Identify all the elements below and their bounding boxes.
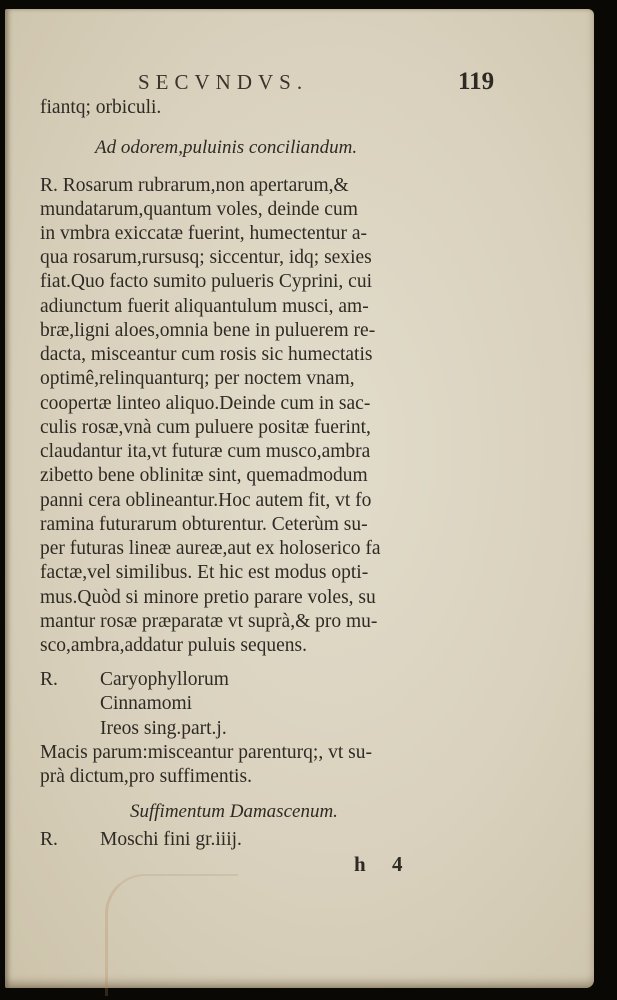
water-stain — [105, 874, 238, 996]
signature-number: 4 — [392, 852, 403, 877]
text-line: claudantur ita,vt futuræ cum musco,ambra — [40, 440, 370, 464]
signature-letter: h — [354, 852, 366, 877]
ingredient: Caryophyllorum — [100, 668, 229, 692]
section-heading: Ad odorem,puluinis conciliandum. — [95, 136, 357, 160]
text-line: optimê,relinquanturq; per noctem vnam, — [40, 367, 355, 391]
running-head: SECVNDVS. — [138, 70, 308, 95]
text-line: sco,ambra,addatur puluis sequens. — [40, 634, 307, 658]
text-line: qua rosarum,rursusq; siccentur, idq; sex… — [40, 246, 372, 270]
text-line: in vmbra exiccatæ fuerint, humectentur a… — [40, 222, 367, 246]
text-line: fiantq; orbiculi. — [40, 96, 161, 120]
ingredient: Cinnamomi — [100, 692, 192, 716]
page-number: 119 — [458, 68, 494, 96]
recipe-mark: R. — [40, 828, 58, 852]
recipe-mark: R. — [40, 668, 58, 692]
text-line: panni cera oblineantur.Hoc autem fit, vt… — [40, 489, 371, 513]
text-line: ramina futurarum obturentur. Ceterùm su- — [40, 513, 368, 537]
text-line: coopertæ linteo aliquo.Deinde cum in sac… — [40, 392, 370, 416]
text-line: bræ,ligni aloes,omnia bene in puluerem r… — [40, 319, 375, 343]
text-line: factæ,vel similibus. Et hic est modus op… — [40, 561, 368, 585]
text-line: mus.Quòd si minore pretio parare voles, … — [40, 586, 376, 610]
text-line: fiat.Quo facto sumito pulueris Cyprini, … — [40, 270, 372, 294]
text-line: R. Rosarum rubrarum,non apertarum,& — [40, 174, 349, 198]
text-line: per futuras lineæ aureæ,aut ex holoseric… — [40, 537, 381, 561]
ingredient: Moschi fini gr.iiij. — [100, 828, 242, 852]
text-line: adiunctum fuerit aliquantulum musci, am- — [40, 295, 369, 319]
text-line: prà dictum,pro suffimentis. — [40, 765, 252, 789]
text-line: mundatarum,quantum voles, deinde cum — [40, 198, 358, 222]
text-line: mantur rosæ præparatæ vt suprà,& pro mu- — [40, 610, 377, 634]
text-line: zibetto bene oblinitæ sint, quemadmodum — [40, 464, 368, 488]
text-line: culis rosæ,vnà cum puluere positæ fuerin… — [40, 416, 371, 440]
text-line: dacta, misceantur cum rosis sic humectat… — [40, 343, 372, 367]
section-heading: Suffimentum Damascenum. — [130, 800, 338, 824]
text-line: Macis parum:misceantur parenturq;, vt su… — [40, 741, 372, 765]
ingredient: Ireos sing.part.j. — [100, 717, 227, 741]
